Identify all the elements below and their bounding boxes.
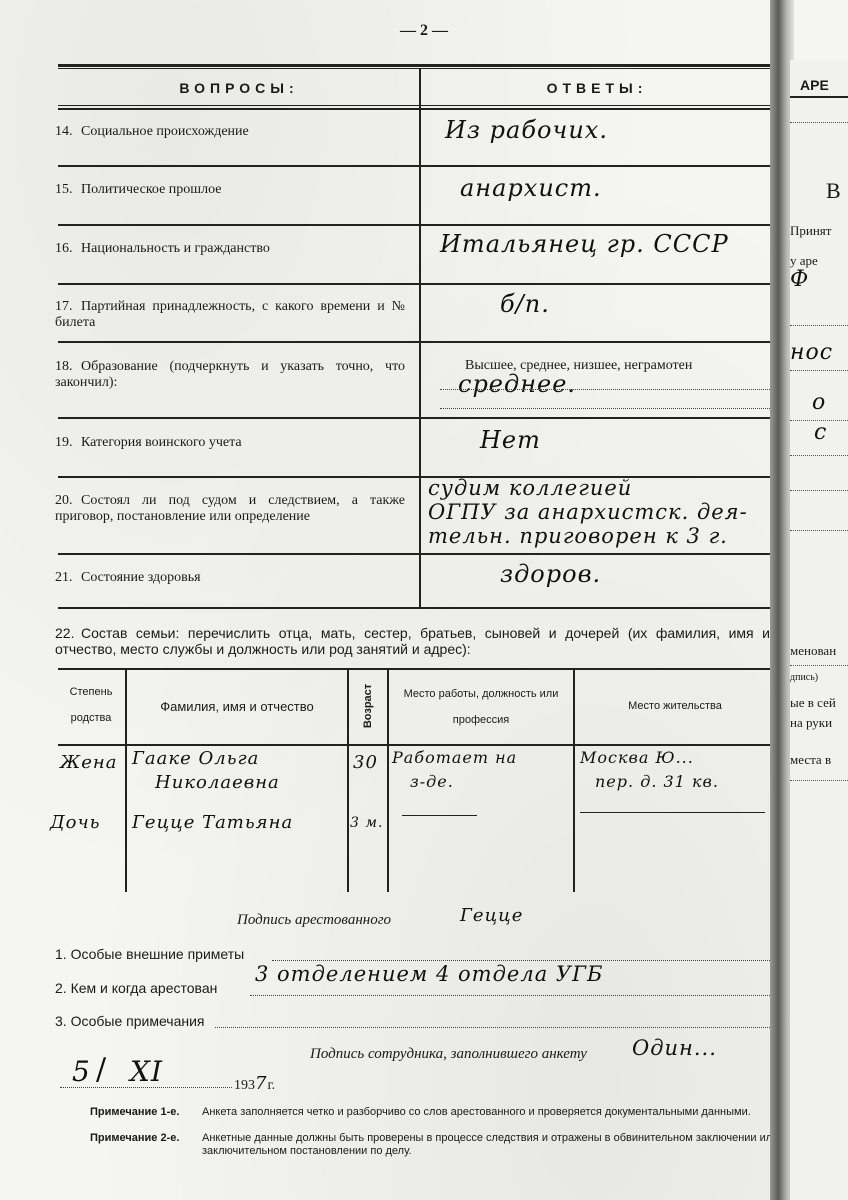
questions-header: ВОПРОСЫ: xyxy=(58,80,420,96)
arrested-signature-label: Подпись арестованного xyxy=(237,912,391,929)
side-dots xyxy=(790,490,848,491)
officer-signature-label: Подпись сотрудника, заполнившего анкету xyxy=(310,1046,587,1063)
side-hw4: с xyxy=(814,420,827,445)
family-row1-name-line1: Гааке Ольга xyxy=(132,748,259,769)
col-name: Фамилия, имя и отчество xyxy=(127,693,347,721)
header-divider xyxy=(58,105,774,106)
family-row1-residence-line2: пер. д. 31 кв. xyxy=(595,772,719,791)
extra-1-line xyxy=(272,960,772,961)
answer-21: здоров. xyxy=(500,560,601,588)
side-rule xyxy=(790,96,848,98)
table-top-border-thin xyxy=(58,68,774,69)
question-17: 17.Партийная принадлежность, с какого вр… xyxy=(55,299,405,331)
extra-2-line xyxy=(250,995,770,996)
side-dots xyxy=(790,370,848,371)
extra-3: 3. Особые примечания xyxy=(55,1013,205,1029)
family-row2-residence-dash xyxy=(580,812,765,813)
family-col-divider xyxy=(347,670,349,892)
side-dots xyxy=(790,665,848,666)
row-border xyxy=(58,607,774,609)
row-border xyxy=(58,553,774,555)
family-row2-work-dash xyxy=(402,815,477,816)
extra-1: 1. Особые внешние приметы xyxy=(55,946,244,962)
question-16: 16.Национальность и гражданство xyxy=(55,241,405,257)
side-letter: В xyxy=(826,178,841,204)
col-age: Возраст xyxy=(362,671,374,741)
row-border xyxy=(58,417,774,419)
question-15: 15.Политическое прошлое xyxy=(55,182,405,198)
side-hw2: нос xyxy=(790,340,833,365)
arrested-signature: Гецце xyxy=(460,905,523,926)
table-top-border xyxy=(58,64,774,67)
answer-17: б/п. xyxy=(500,290,550,318)
officer-signature: Один... xyxy=(632,1036,717,1060)
header-divider-bold xyxy=(58,108,774,110)
side-text7: места в xyxy=(790,752,831,768)
question-14: 14.Социальное происхождение xyxy=(55,124,405,140)
family-row1-work-line2: з-де. xyxy=(410,772,454,791)
col-residence: Место жительства xyxy=(575,693,775,719)
date-day: 5 xyxy=(72,1055,91,1088)
extra-3-line xyxy=(215,1027,770,1028)
dotted-line xyxy=(440,408,770,409)
side-header: АРЕ xyxy=(800,77,829,93)
answer-20-line2: ОГПУ за анархистск. дея- xyxy=(428,500,748,524)
answer-14: Из рабочих. xyxy=(445,116,608,144)
side-text3: менован xyxy=(790,643,836,659)
row-border xyxy=(58,283,774,285)
question-19: 19.Категория воинского учета xyxy=(55,435,405,451)
question-21: 21.Состояние здоровья xyxy=(55,570,405,586)
answers-header: ОТВЕТЫ: xyxy=(420,80,774,96)
col-relation: Степень родства xyxy=(58,679,124,731)
side-hw3: о xyxy=(812,390,826,415)
side-hw1: Ф xyxy=(790,267,809,292)
overlapping-sheet: АРЕ В Принят у аре Ф нос о с менован дпи… xyxy=(790,60,848,1200)
family-row2-relation: Дочь xyxy=(50,812,100,833)
side-dots xyxy=(790,455,848,456)
col-work: Место работы, должность или профессия xyxy=(389,681,573,733)
dotted-line xyxy=(440,389,770,390)
family-table-header-bottom xyxy=(58,744,774,746)
side-dots xyxy=(790,325,848,326)
date-year: 1937г. xyxy=(234,1073,275,1094)
family-row1-residence-line1: Москва Ю... xyxy=(580,748,694,767)
question-20: 20.Состоял ли под судом и следствием, а … xyxy=(55,493,405,525)
answer-15: анархист. xyxy=(460,174,602,202)
side-text6: на руки xyxy=(790,715,832,731)
page-number: — 2 — xyxy=(0,22,848,40)
extra-2: 2. Кем и когда арестован xyxy=(55,980,217,996)
side-text1: Принят xyxy=(790,223,831,239)
family-row1-work-line1: Работает на xyxy=(392,748,517,767)
answer-19: Нет xyxy=(480,426,541,454)
family-row1-relation: Жена xyxy=(60,752,117,773)
side-dots xyxy=(790,122,848,123)
side-text4: дпись) xyxy=(790,672,818,683)
family-row2-name: Гецце Татьяна xyxy=(132,812,293,833)
note-2: Примечание 2-е. Анкетные данные должны б… xyxy=(90,1132,848,1162)
column-divider xyxy=(419,68,421,608)
answer-16: Итальянец гр. СССР xyxy=(440,230,729,258)
row-border xyxy=(58,341,774,343)
family-row1-name-line2: Николаевна xyxy=(155,772,280,793)
side-text5: ые в сей xyxy=(790,695,836,711)
row-border xyxy=(58,224,774,226)
side-dots xyxy=(790,780,848,781)
family-row2-age: 3 м. xyxy=(350,815,383,831)
family-table-top xyxy=(58,668,774,670)
family-row1-age: 30 xyxy=(353,752,378,773)
side-dots xyxy=(790,530,848,531)
row-border xyxy=(58,476,774,478)
row-border xyxy=(58,165,774,167)
date-month: XI xyxy=(130,1055,163,1088)
answer-18: среднее. xyxy=(458,370,576,398)
question-18: 18.Образование (подчеркнуть и указать то… xyxy=(55,359,405,391)
answer-20-line3: тельн. приговорен к 3 г. xyxy=(428,524,728,548)
answer-20-line1: судим коллегией xyxy=(428,476,632,500)
date-separator: / xyxy=(96,1052,107,1087)
questionnaire-page: — 2 — ВОПРОСЫ: ОТВЕТЫ: 14.Социальное про… xyxy=(0,0,848,1200)
arrested-by-value: 3 отделением 4 отдела УГБ xyxy=(255,962,603,986)
question-22: 22.Состав семьи: перечислить отца, мать,… xyxy=(55,625,770,657)
